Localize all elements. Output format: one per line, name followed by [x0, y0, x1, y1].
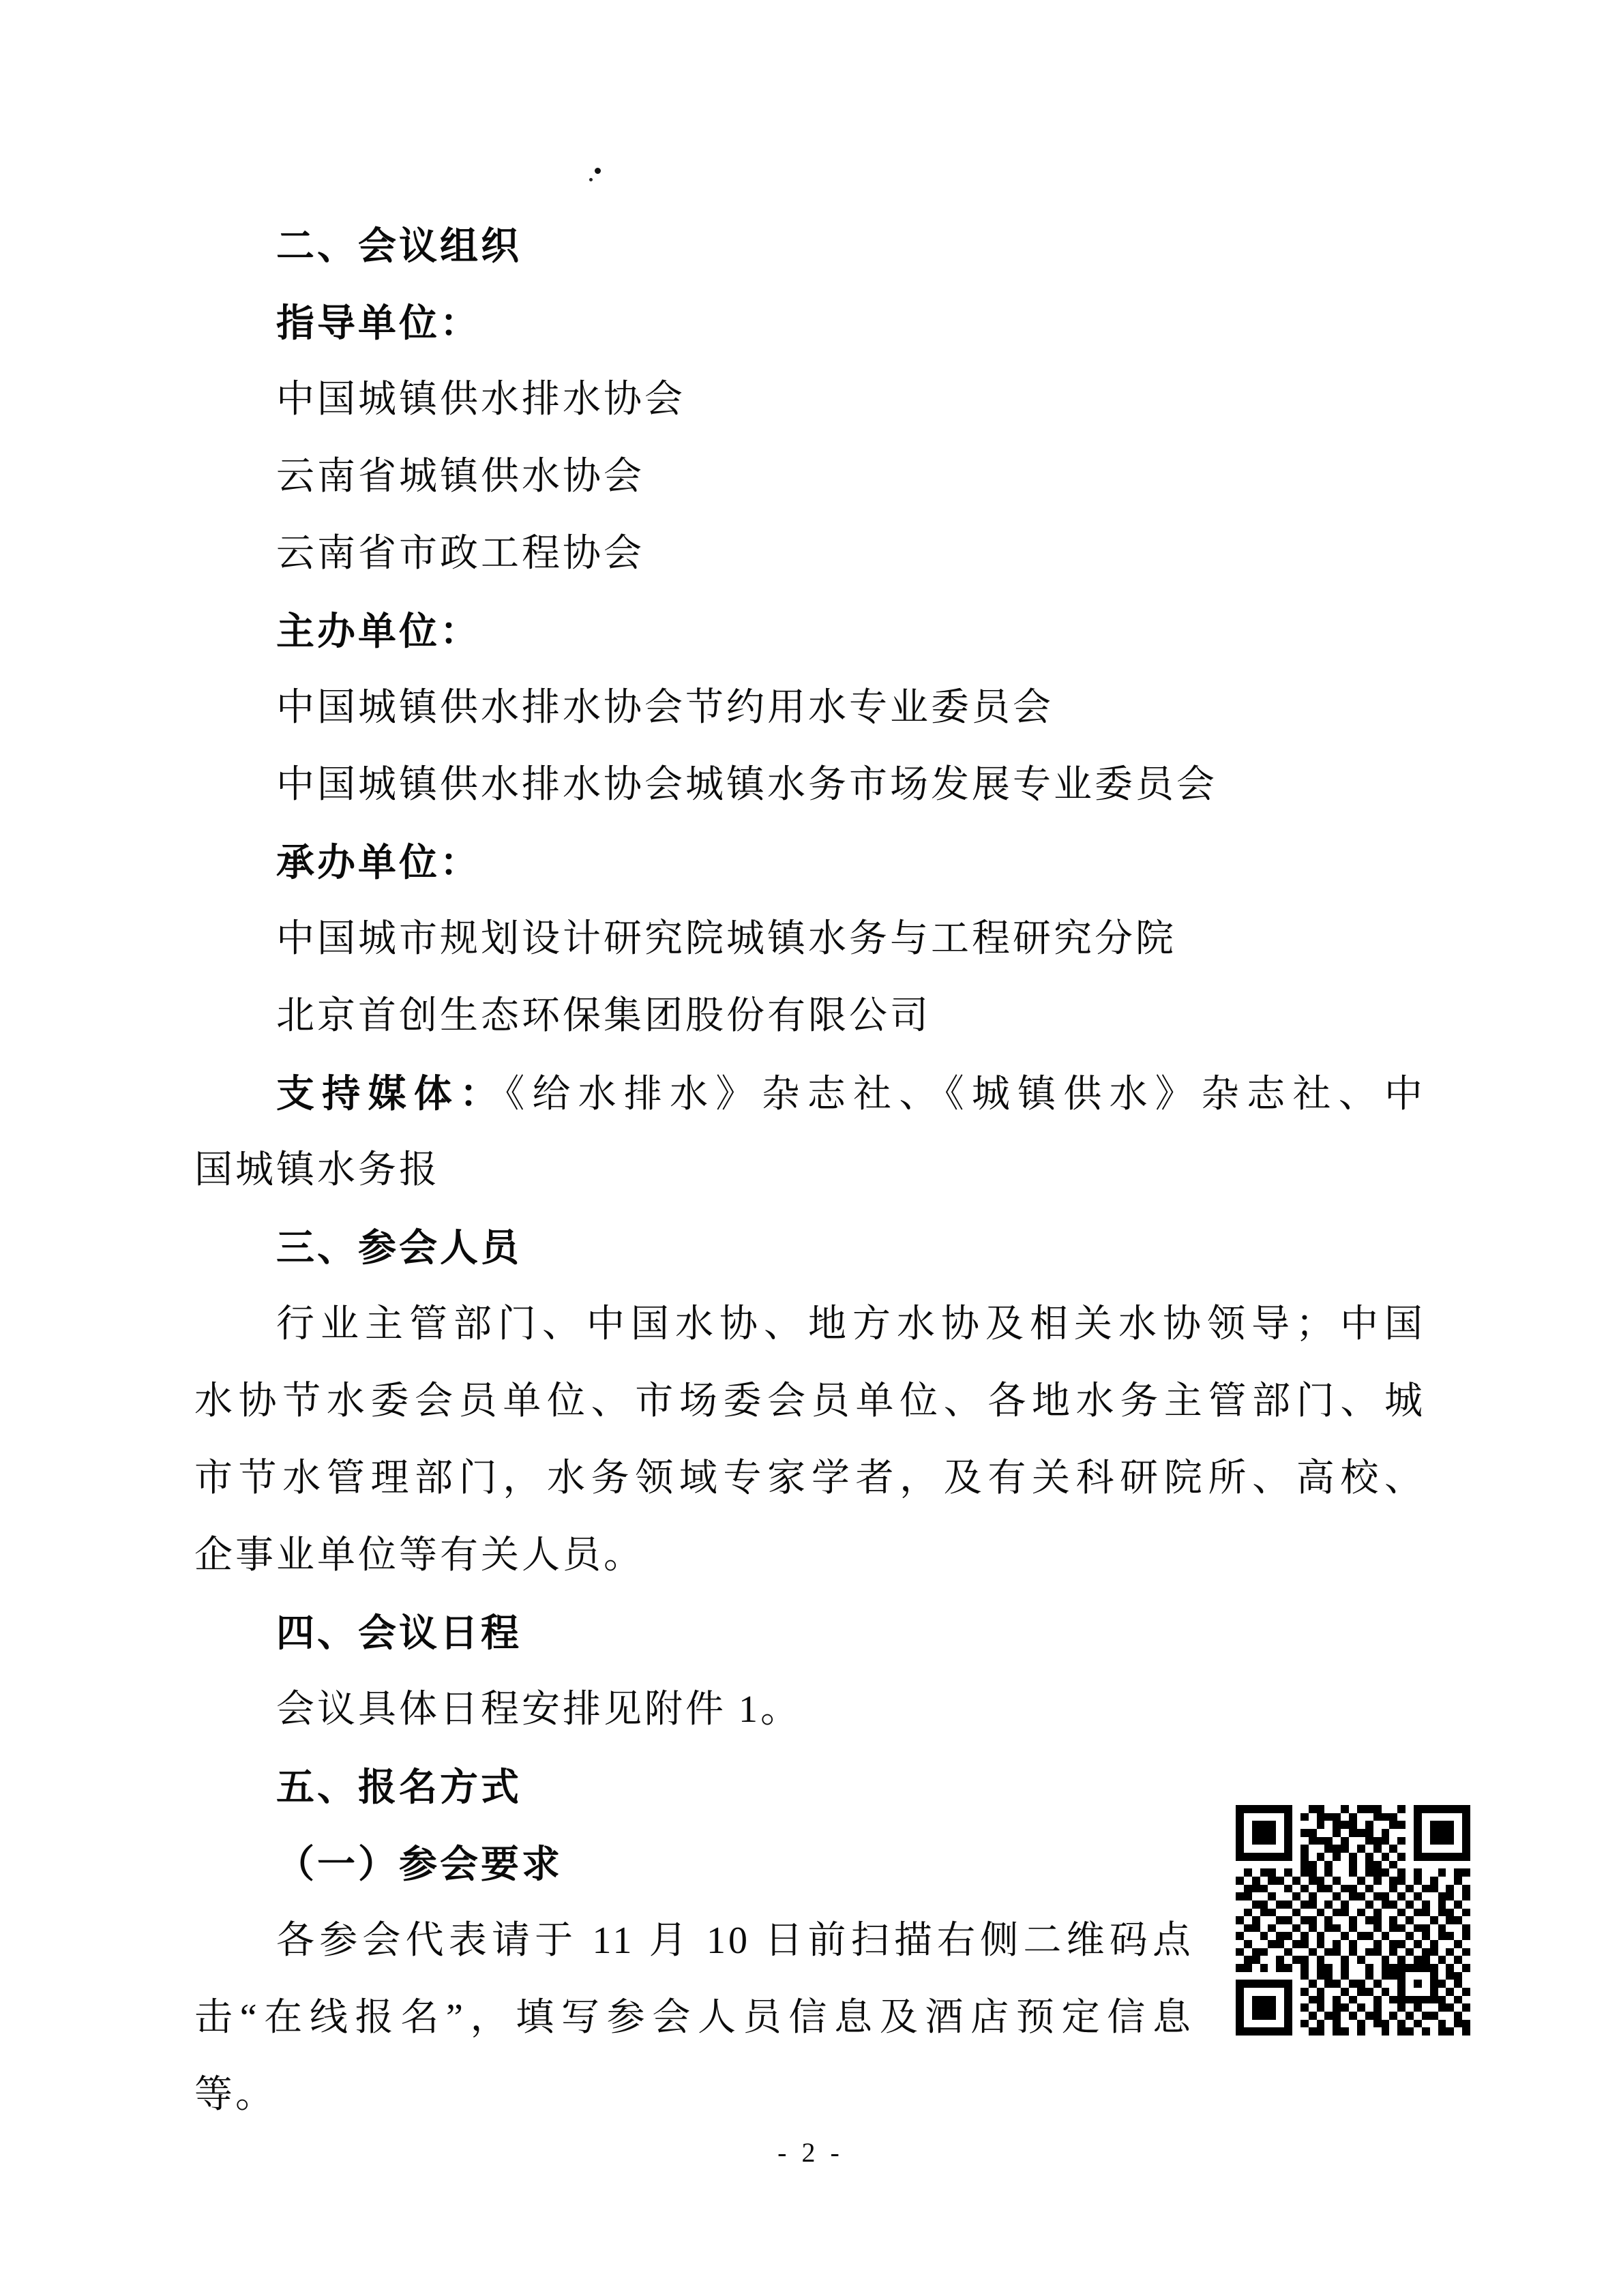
- qr-module: [1422, 1924, 1430, 1933]
- qr-module: [1324, 1877, 1333, 1885]
- qr-module: [1244, 1932, 1252, 1940]
- qr-module: [1260, 1980, 1268, 1988]
- qr-module: [1454, 1853, 1462, 1861]
- supporting-media-wrap: 国城镇水务报: [194, 1132, 1425, 1209]
- qr-module: [1422, 2012, 1430, 2020]
- qr-module: [1462, 1829, 1470, 1837]
- qr-module: [1357, 1885, 1365, 1893]
- qr-module: [1397, 1861, 1406, 1869]
- qr-module: [1341, 1964, 1349, 1972]
- qr-module: [1284, 1861, 1292, 1869]
- qr-module: [1446, 1861, 1454, 1869]
- qr-module: [1397, 2003, 1406, 2012]
- qr-module: [1317, 2027, 1325, 2036]
- qr-module: [1252, 2003, 1260, 2012]
- qr-module: [1292, 1916, 1300, 1924]
- qr-module: [1324, 1980, 1333, 1988]
- qr-module: [1324, 1868, 1333, 1877]
- ink-speck-small: [589, 178, 593, 181]
- qr-module: [1236, 1868, 1244, 1877]
- qr-module: [1349, 2027, 1357, 2036]
- qr-module: [1300, 2020, 1309, 2028]
- qr-module: [1365, 1980, 1373, 1988]
- ink-speck: [595, 168, 601, 174]
- qr-module: [1422, 2003, 1430, 2012]
- qr-module: [1268, 2012, 1276, 2020]
- qr-module: [1382, 1980, 1390, 1988]
- qr-module: [1357, 1877, 1365, 1885]
- qr-module: [1317, 1988, 1325, 1996]
- qr-module: [1438, 1932, 1446, 1940]
- qr-module: [1300, 1932, 1309, 1940]
- qr-module: [1284, 1932, 1292, 1940]
- qr-module: [1430, 1877, 1438, 1885]
- heading-conference-organization: 二、会议组织: [194, 207, 1425, 284]
- qr-module: [1382, 2020, 1390, 2028]
- qr-module: [1309, 1845, 1317, 1853]
- qr-module: [1389, 1837, 1397, 1845]
- qr-module: [1309, 1972, 1317, 1980]
- qr-module: [1284, 1988, 1292, 1996]
- qr-module: [1309, 1892, 1317, 1900]
- qr-module: [1309, 1948, 1317, 1956]
- qr-module: [1357, 1964, 1365, 1972]
- qr-module: [1317, 2020, 1325, 2028]
- qr-module: [1422, 1821, 1430, 1829]
- qr-module: [1324, 1956, 1333, 1964]
- qr-module: [1406, 1868, 1414, 1877]
- qr-module: [1236, 1829, 1244, 1837]
- qr-module: [1284, 1892, 1292, 1900]
- qr-module: [1430, 1932, 1438, 1940]
- qr-module: [1317, 1892, 1325, 1900]
- qr-module: [1397, 1813, 1406, 1821]
- qr-module: [1438, 1868, 1446, 1877]
- qr-module: [1397, 2020, 1406, 2028]
- qr-module: [1284, 1805, 1292, 1813]
- qr-module: [1454, 1861, 1462, 1869]
- qr-module: [1333, 1829, 1341, 1837]
- qr-module: [1462, 2012, 1470, 2020]
- qr-module: [1365, 1924, 1373, 1933]
- qr-module: [1462, 1909, 1470, 1917]
- qr-module: [1414, 1900, 1422, 1909]
- qr-module: [1446, 1996, 1454, 2004]
- qr-module: [1462, 1900, 1470, 1909]
- qr-module: [1446, 1956, 1454, 1964]
- qr-module: [1422, 1845, 1430, 1853]
- host-unit-1: 中国城镇供水排水协会节约用水专业委员会: [194, 670, 1425, 747]
- qr-module: [1446, 1821, 1454, 1829]
- qr-module: [1324, 1909, 1333, 1917]
- qr-module: [1382, 1892, 1390, 1900]
- qr-module: [1422, 1900, 1430, 1909]
- qr-module: [1349, 1805, 1357, 1813]
- qr-module: [1462, 1861, 1470, 1869]
- qr-module: [1389, 2012, 1397, 2020]
- qr-module: [1414, 1956, 1422, 1964]
- qr-module: [1236, 1916, 1244, 1924]
- qr-module: [1236, 1948, 1244, 1956]
- qr-module: [1341, 1837, 1349, 1845]
- qr-module: [1252, 1964, 1260, 1972]
- qr-module: [1341, 1892, 1349, 1900]
- qr-module: [1349, 1885, 1357, 1893]
- qr-module: [1284, 1821, 1292, 1829]
- qr-module: [1382, 1853, 1390, 1861]
- qr-module: [1430, 1837, 1438, 1845]
- qr-module: [1244, 1980, 1252, 1988]
- qr-module: [1365, 1845, 1373, 1853]
- qr-module: [1284, 1956, 1292, 1964]
- qr-module: [1276, 1885, 1284, 1893]
- qr-module: [1236, 1988, 1244, 1996]
- qr-module: [1373, 1837, 1382, 1845]
- qr-module: [1357, 1813, 1365, 1821]
- qr-module: [1382, 1821, 1390, 1829]
- qr-module: [1397, 1916, 1406, 1924]
- qr-module: [1268, 1980, 1276, 1988]
- qr-module: [1341, 1821, 1349, 1829]
- qr-module: [1284, 1980, 1292, 1988]
- qr-module: [1422, 1805, 1430, 1813]
- qr-module: [1430, 1956, 1438, 1964]
- qr-module: [1260, 1845, 1268, 1853]
- qr-module: [1341, 1900, 1349, 1909]
- qr-module: [1454, 1885, 1462, 1893]
- qr-module: [1446, 1940, 1454, 1948]
- qr-module: [1462, 1805, 1470, 1813]
- qr-module: [1333, 1900, 1341, 1909]
- qr-module: [1389, 1885, 1397, 1893]
- qr-module: [1268, 1829, 1276, 1837]
- qr-module: [1389, 2003, 1397, 2012]
- qr-module: [1317, 1932, 1325, 1940]
- qr-module: [1349, 1909, 1357, 1917]
- qr-module: [1333, 1861, 1341, 1869]
- qr-module: [1349, 1892, 1357, 1900]
- qr-module: [1382, 1988, 1390, 1996]
- qr-module: [1373, 1861, 1382, 1869]
- qr-module: [1382, 1996, 1390, 2004]
- qr-module: [1373, 1964, 1382, 1972]
- qr-module: [1430, 1805, 1438, 1813]
- qr-module: [1414, 1877, 1422, 1885]
- qr-module: [1252, 1853, 1260, 1861]
- qr-module: [1341, 1932, 1349, 1940]
- qr-module: [1276, 1916, 1284, 1924]
- qr-module: [1260, 1813, 1268, 1821]
- qr-module: [1276, 1972, 1284, 1980]
- guiding-unit-3: 云南省市政工程协会: [194, 516, 1425, 593]
- qr-module: [1341, 1868, 1349, 1877]
- qr-module: [1268, 1916, 1276, 1924]
- qr-module: [1276, 1813, 1284, 1821]
- qr-module: [1373, 1805, 1382, 1813]
- qr-module: [1317, 1996, 1325, 2004]
- qr-module: [1446, 1924, 1454, 1933]
- qr-module: [1365, 1900, 1373, 1909]
- qr-module: [1252, 1988, 1260, 1996]
- qr-module: [1357, 1996, 1365, 2004]
- qr-module: [1309, 1853, 1317, 1861]
- qr-module: [1292, 1956, 1300, 1964]
- qr-module: [1422, 1996, 1430, 2004]
- qr-module: [1414, 1932, 1422, 1940]
- qr-module: [1430, 1861, 1438, 1869]
- qr-module: [1357, 2003, 1365, 2012]
- qr-module: [1292, 1821, 1300, 1829]
- qr-module: [1365, 1996, 1373, 2004]
- qr-module: [1373, 1956, 1382, 1964]
- qr-module: [1317, 1861, 1325, 1869]
- qr-module: [1382, 1940, 1390, 1948]
- qr-module: [1309, 1956, 1317, 1964]
- qr-module: [1454, 1813, 1462, 1821]
- qr-module: [1341, 1885, 1349, 1893]
- qr-module: [1406, 1900, 1414, 1909]
- qr-module: [1276, 1829, 1284, 1837]
- qr-module: [1244, 1805, 1252, 1813]
- qr-module: [1333, 2020, 1341, 2028]
- qr-module: [1244, 2003, 1252, 2012]
- qr-module: [1430, 1916, 1438, 1924]
- qr-module: [1365, 1868, 1373, 1877]
- qr-module: [1292, 1845, 1300, 1853]
- qr-module: [1284, 1868, 1292, 1877]
- qr-module: [1414, 1980, 1422, 1988]
- qr-module: [1462, 1988, 1470, 1996]
- qr-module: [1317, 1900, 1325, 1909]
- qr-module: [1292, 2027, 1300, 2036]
- qr-module: [1260, 1964, 1268, 1972]
- qr-module: [1462, 2020, 1470, 2028]
- qr-module: [1284, 1837, 1292, 1845]
- qr-module: [1260, 1805, 1268, 1813]
- qr-module: [1373, 2003, 1382, 2012]
- qr-module: [1276, 1932, 1284, 1940]
- qr-module: [1260, 2012, 1268, 2020]
- qr-module: [1317, 1805, 1325, 1813]
- qr-module: [1357, 1924, 1365, 1933]
- qr-module: [1341, 1877, 1349, 1885]
- qr-module: [1268, 1972, 1276, 1980]
- qr-module: [1252, 1805, 1260, 1813]
- qr-module: [1309, 2027, 1317, 2036]
- qr-module: [1324, 1861, 1333, 1869]
- qr-module: [1244, 1996, 1252, 2004]
- qr-module: [1244, 1964, 1252, 1972]
- qr-module: [1430, 1821, 1438, 1829]
- qr-module: [1276, 1909, 1284, 1917]
- qr-module: [1341, 1948, 1349, 1956]
- qr-module: [1462, 2027, 1470, 2036]
- qr-module: [1406, 1829, 1414, 1837]
- qr-module: [1454, 1909, 1462, 1917]
- qr-module: [1268, 1948, 1276, 1956]
- qr-module: [1309, 1821, 1317, 1829]
- qr-module: [1382, 1837, 1390, 1845]
- qr-module: [1309, 1988, 1317, 1996]
- qr-module: [1260, 1988, 1268, 1996]
- qr-module: [1236, 1821, 1244, 1829]
- qr-module: [1397, 1900, 1406, 1909]
- qr-module: [1462, 1845, 1470, 1853]
- qr-module: [1430, 2012, 1438, 2020]
- qr-module: [1300, 1916, 1309, 1924]
- qr-module: [1252, 1916, 1260, 1924]
- qr-module: [1324, 2020, 1333, 2028]
- qr-module: [1252, 1845, 1260, 1853]
- qr-module: [1236, 1924, 1244, 1933]
- qr-module: [1389, 1845, 1397, 1853]
- qr-module: [1349, 2003, 1357, 2012]
- qr-module: [1406, 1877, 1414, 1885]
- qr-module: [1236, 1980, 1244, 1988]
- qr-module: [1333, 1868, 1341, 1877]
- qr-module: [1406, 1916, 1414, 1924]
- qr-module: [1462, 1892, 1470, 1900]
- qr-module: [1349, 2020, 1357, 2028]
- qr-module: [1260, 1868, 1268, 1877]
- qr-module: [1373, 2012, 1382, 2020]
- qr-module: [1373, 2027, 1382, 2036]
- qr-module: [1454, 1956, 1462, 1964]
- qr-module: [1260, 2020, 1268, 2028]
- qr-module: [1276, 1940, 1284, 1948]
- qr-module: [1438, 1916, 1446, 1924]
- qr-module: [1309, 2012, 1317, 2020]
- qr-module: [1341, 1940, 1349, 1948]
- qr-module: [1397, 1829, 1406, 1837]
- qr-module: [1309, 1868, 1317, 1877]
- qr-module: [1422, 1813, 1430, 1821]
- qr-module: [1349, 1948, 1357, 1956]
- qr-module: [1268, 1813, 1276, 1821]
- qr-module: [1317, 2003, 1325, 2012]
- qr-module: [1414, 2003, 1422, 2012]
- qr-module: [1284, 2020, 1292, 2028]
- label-guiding-units: 指导单位：: [194, 284, 1425, 361]
- qr-module: [1349, 1932, 1357, 1940]
- qr-module: [1300, 1877, 1309, 1885]
- qr-module: [1284, 1813, 1292, 1821]
- qr-module: [1244, 1845, 1252, 1853]
- qr-module: [1284, 2003, 1292, 2012]
- qr-module: [1333, 1964, 1341, 1972]
- qr-module: [1300, 1845, 1309, 1853]
- qr-module: [1252, 1837, 1260, 1845]
- qr-module: [1438, 1885, 1446, 1893]
- qr-module: [1276, 1845, 1284, 1853]
- qr-module: [1462, 1868, 1470, 1877]
- qr-module: [1300, 1996, 1309, 2004]
- qr-module: [1397, 1980, 1406, 1988]
- qr-module: [1373, 1892, 1382, 1900]
- qr-module: [1462, 1940, 1470, 1948]
- qr-module: [1454, 1900, 1462, 1909]
- qr-module: [1260, 1996, 1268, 2004]
- qr-module: [1244, 1861, 1252, 1869]
- qr-module: [1324, 1892, 1333, 1900]
- qr-module: [1438, 1948, 1446, 1956]
- qr-module: [1244, 1972, 1252, 1980]
- qr-module: [1397, 1868, 1406, 1877]
- qr-module: [1260, 1853, 1268, 1861]
- qr-module: [1373, 2020, 1382, 2028]
- qr-module: [1244, 1916, 1252, 1924]
- qr-module: [1268, 1932, 1276, 1940]
- qr-module: [1365, 1956, 1373, 1964]
- qr-module: [1422, 1909, 1430, 1917]
- qr-module: [1292, 1948, 1300, 1956]
- qr-module: [1349, 1845, 1357, 1853]
- qr-module: [1236, 1892, 1244, 1900]
- qr-module: [1382, 1956, 1390, 1964]
- qr-module: [1430, 1853, 1438, 1861]
- qr-module: [1268, 1988, 1276, 1996]
- qr-module: [1382, 1868, 1390, 1877]
- qr-module: [1252, 2027, 1260, 2036]
- qr-module: [1252, 1900, 1260, 1909]
- qr-module: [1349, 1972, 1357, 1980]
- qr-module: [1397, 1972, 1406, 1980]
- qr-module: [1454, 1988, 1462, 1996]
- qr-module: [1414, 1821, 1422, 1829]
- qr-module: [1292, 2020, 1300, 2028]
- qr-module: [1324, 1972, 1333, 1980]
- qr-module: [1462, 1996, 1470, 2004]
- qr-module: [1430, 2027, 1438, 2036]
- qr-module: [1284, 2012, 1292, 2020]
- qr-module: [1365, 1932, 1373, 1940]
- qr-module: [1438, 1829, 1446, 1837]
- qr-module: [1300, 2012, 1309, 2020]
- qr-module: [1389, 1821, 1397, 1829]
- qr-module: [1244, 1900, 1252, 1909]
- qr-module: [1252, 1948, 1260, 1956]
- qr-module: [1317, 2012, 1325, 2020]
- qr-module: [1236, 1972, 1244, 1980]
- qr-module: [1300, 1924, 1309, 1933]
- qr-module: [1397, 1845, 1406, 1853]
- qr-module: [1333, 1980, 1341, 1988]
- qr-module: [1300, 1956, 1309, 1964]
- qr-module: [1324, 2003, 1333, 2012]
- qr-module: [1357, 2012, 1365, 2020]
- qr-module: [1422, 1892, 1430, 1900]
- qr-module: [1438, 1972, 1446, 1980]
- qr-module: [1276, 1877, 1284, 1885]
- registration-instruction-line-3: 等。: [194, 2057, 1425, 2134]
- qr-module: [1357, 1861, 1365, 1869]
- qr-module: [1268, 1956, 1276, 1964]
- qr-module: [1268, 1892, 1276, 1900]
- qr-module: [1373, 1940, 1382, 1948]
- qr-module: [1317, 1821, 1325, 1829]
- qr-module: [1414, 1909, 1422, 1917]
- qr-module: [1244, 1877, 1252, 1885]
- registration-qr-code: [1236, 1805, 1470, 2036]
- qr-module: [1309, 2020, 1317, 2028]
- qr-module: [1260, 1932, 1268, 1940]
- qr-module: [1292, 1837, 1300, 1845]
- qr-module: [1397, 1924, 1406, 1933]
- qr-module: [1292, 1892, 1300, 1900]
- label-host-units: 主办单位：: [194, 593, 1425, 670]
- qr-module: [1365, 1988, 1373, 1996]
- qr-module: [1260, 2003, 1268, 2012]
